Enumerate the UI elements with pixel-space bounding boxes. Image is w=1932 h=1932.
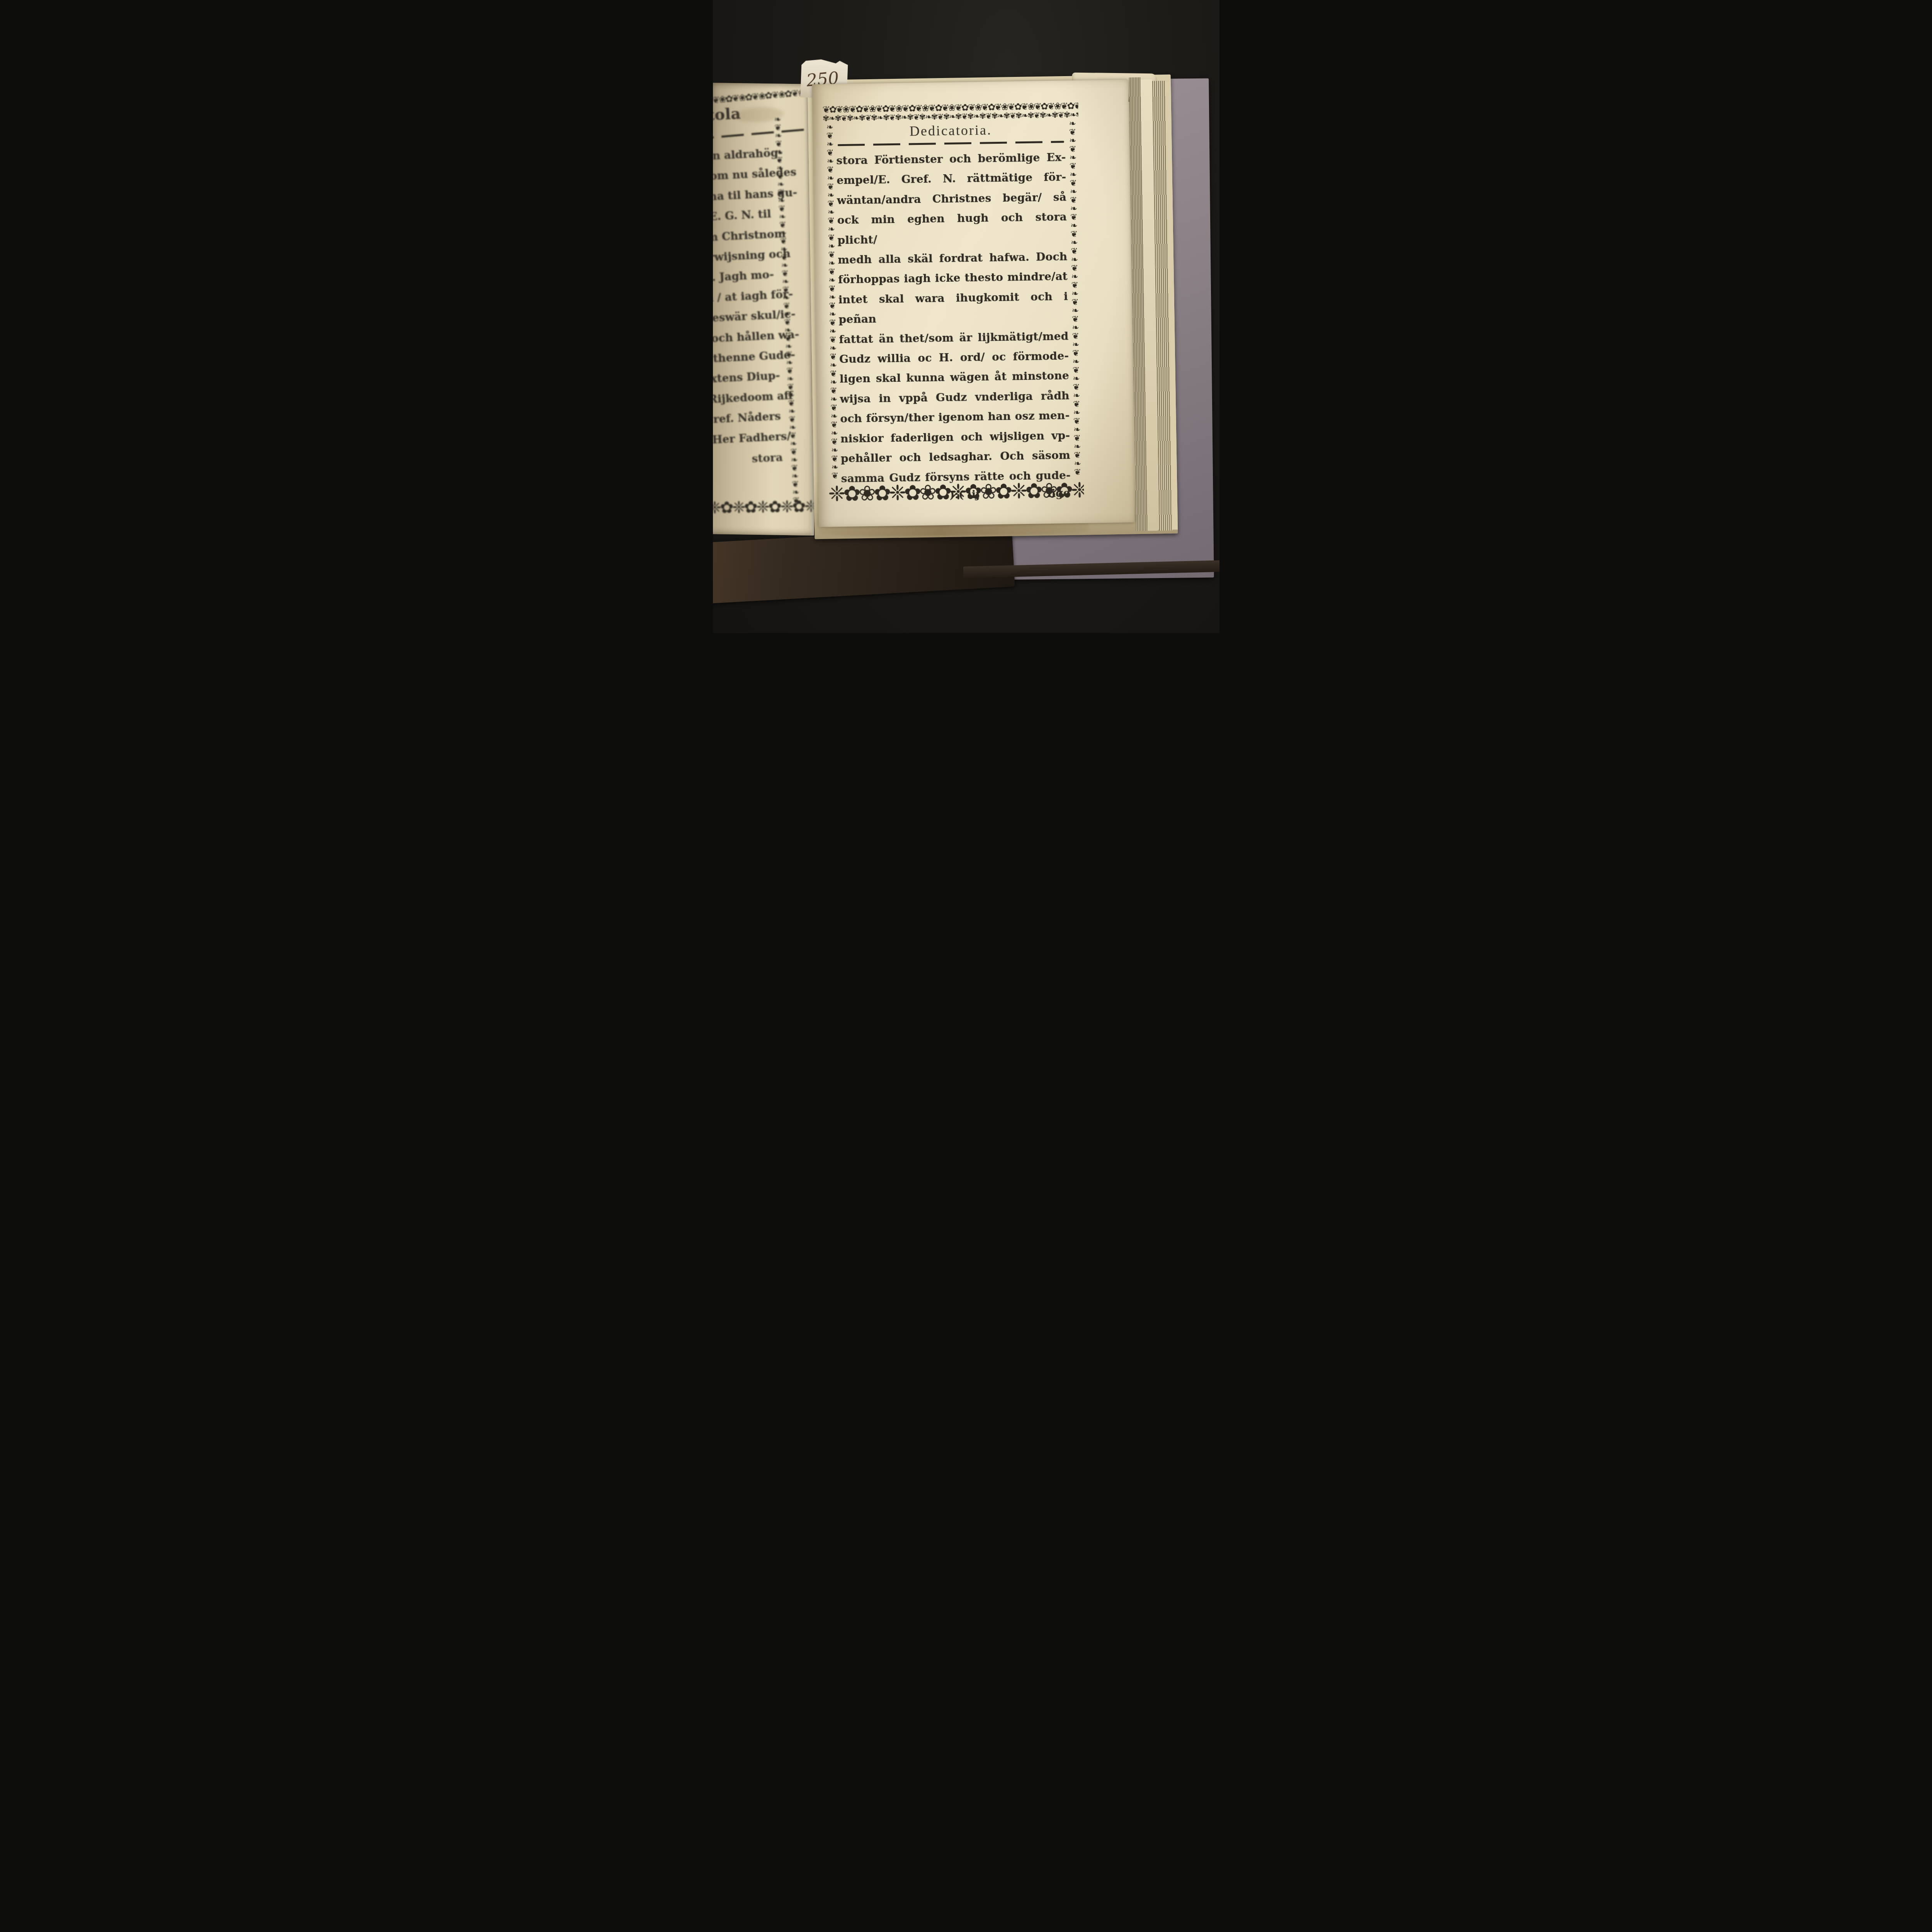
left-page-catchword: stora bbox=[713, 447, 786, 473]
left-page-dashed-rule bbox=[713, 129, 807, 140]
left-page: ✿❦❀✿❦❀✿❦❀✿❦❀✿❦❀✿❦❀✿❦❀✿❦❀✿❦❀✿❦❀✿❦❀✿❦❀ sto… bbox=[713, 83, 820, 536]
page-vignette bbox=[812, 80, 1134, 527]
main-page: ❦✿❦❀❦✿❦❀❦✿❦❀❦✿❦❀❦✿❦❀❦✿❦❀❦✿❦❀❦✿❦❀❦✿❦❀❦✿❦❀… bbox=[812, 80, 1134, 527]
left-page-text-block: tle then aldrahög-cket/som nu såledesde … bbox=[713, 143, 782, 451]
left-page-bottom-ornament-border: ❈✿❈✿❈✿❈✿❈✿❈✿❈✿❈✿ bbox=[713, 495, 820, 520]
photo-of-open-book: ✿❦❀✿❦❀✿❦❀✿❦❀✿❦❀✿❦❀✿❦❀✿❦❀✿❦❀✿❦❀✿❦❀✿❦❀ sto… bbox=[713, 0, 1219, 633]
left-page-content: ✿❦❀✿❦❀✿❦❀✿❦❀✿❦❀✿❦❀✿❦❀✿❦❀✿❦❀✿❦❀✿❦❀✿❦❀ sto… bbox=[713, 83, 820, 536]
